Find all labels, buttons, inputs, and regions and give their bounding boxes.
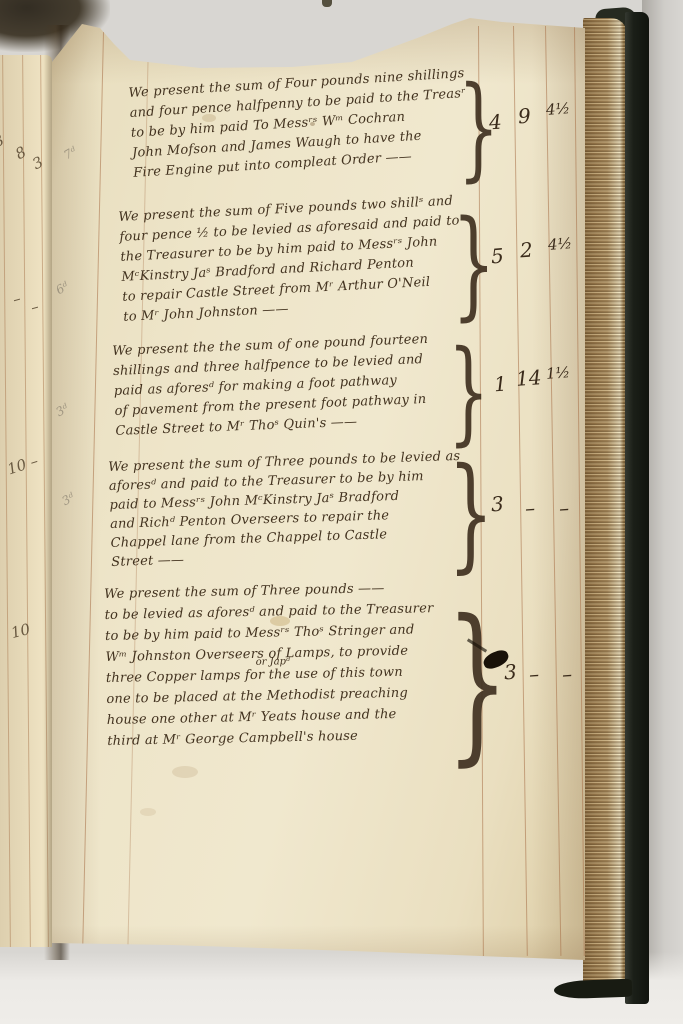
amount-pounds: 1 [493, 372, 507, 397]
facing-page-value: 10 – [5, 452, 40, 479]
book-cover [625, 12, 649, 1004]
facing-page-dash: – [11, 289, 23, 308]
amount-pence: – [558, 496, 570, 521]
amount-pence: 1½ [545, 363, 570, 383]
amount-shillings: – [528, 662, 540, 687]
entry-brace [448, 452, 527, 576]
ledger-page: 7ᵈ 6ᵈ 3ᵈ 3ᵈ We present the sum of Four p… [52, 18, 585, 963]
amount-pounds: 5 [490, 244, 504, 269]
entry-brace [452, 204, 527, 322]
paper-stain [140, 808, 156, 816]
ledger-entry: We present the sum of Three pounds —— to… [104, 577, 436, 752]
amount-pence: 4½ [545, 99, 570, 119]
ledger-entry: We present the sum of Five pounds two sh… [118, 191, 464, 327]
ledger-entry: We present the sum of Four pounds nine s… [128, 64, 470, 184]
amount-pence: – [561, 662, 573, 687]
amount-shillings: 14 [515, 365, 542, 391]
interlineation: or Japᵈ [256, 656, 291, 668]
ruled-line [2, 55, 11, 947]
ledger-entry: We present the sum of Three pounds to be… [108, 447, 464, 572]
amount-pounds: 4 [488, 110, 502, 135]
page-fore-edge [583, 18, 627, 990]
facing-page-value: 8 [12, 143, 29, 163]
amount-pence: 4½ [547, 234, 572, 254]
top-edge-notch [322, 0, 332, 7]
amount-pounds: 3 [490, 492, 504, 517]
amount-shillings: 2 [519, 238, 533, 263]
amount-shillings: 9 [517, 104, 531, 129]
amount-pounds: 3 [503, 660, 517, 685]
facing-page-value: 10 [9, 620, 32, 642]
entry-brace [448, 336, 519, 448]
ledger-entry: We present the the sum of one pound four… [112, 330, 432, 442]
paper-stain [172, 766, 198, 778]
facing-page-dash: – [29, 297, 41, 316]
ledger-photo: 3 8 3 – – 10 – 10 7ᵈ 6ᵈ 3ᵈ 3ᵈ We present… [0, 0, 683, 1024]
amount-shillings: – [524, 496, 536, 521]
ruled-line [22, 55, 31, 947]
